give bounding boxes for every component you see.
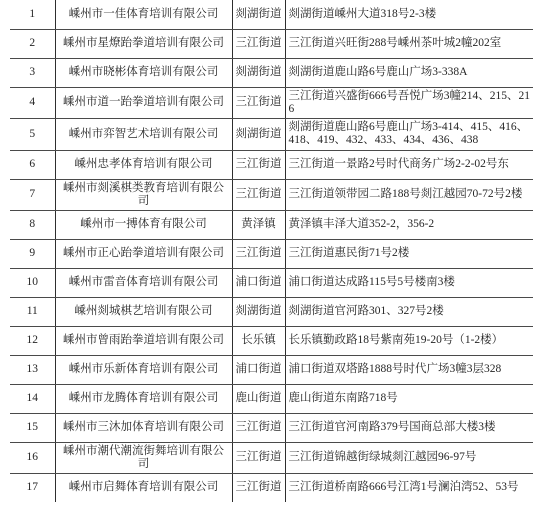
street-town-cell: 三江街道 [232,239,285,268]
row-number-cell: 17 [10,473,55,502]
street-town-cell: 三江街道 [232,473,285,502]
table-row: 5嵊州市弈智艺术培训有限公司剡湖街道剡湖街道鹿山路6号鹿山广场3-414、415… [10,118,533,150]
company-name-cell: 嵊州市潮代潮流街舞培训有限公司 [55,442,232,473]
company-name-cell: 嵊州市弈智艺术培训有限公司 [55,118,232,150]
street-town-cell: 三江街道 [232,413,285,442]
row-number-cell: 12 [10,326,55,355]
table-row: 4嵊州市道一跆拳道培训有限公司三江街道三江街道兴盛街666号吾悦广场3幢214、… [10,87,533,118]
address-cell: 三江街道领带园二路188号剡江越园70-72号2楼 [285,179,533,210]
street-town-cell: 黄泽镇 [232,210,285,239]
street-town-cell: 三江街道 [232,179,285,210]
address-cell: 三江街道桥南路666号江湾1号澜泊湾52、53号 [285,473,533,502]
company-name-cell: 嵊州市星燎跆拳道培训有限公司 [55,29,232,58]
table-row: 12嵊州市曾雨跆拳道培训有限公司长乐镇长乐镇勤政路18号紫南苑19-20号（1-… [10,326,533,355]
address-cell: 三江街道锦越街绿城剡江越园96-97号 [285,442,533,473]
row-number-cell: 7 [10,179,55,210]
row-number-cell: 4 [10,87,55,118]
street-town-cell: 三江街道 [232,29,285,58]
table-row: 17嵊州市启舞体育培训有限公司三江街道三江街道桥南路666号江湾1号澜泊湾52、… [10,473,533,502]
row-number-cell: 14 [10,384,55,413]
company-name-cell: 嵊州市龙腾体育培训有限公司 [55,384,232,413]
table-row: 3嵊州市晓彬体育培训有限公司剡湖街道剡湖街道鹿山路6号鹿山广场3-338A [10,58,533,87]
table-row: 1嵊州市一佳体育培训有限公司剡湖街道剡湖街道嵊州大道318号2-3楼 [10,0,533,29]
street-town-cell: 浦口街道 [232,268,285,297]
table-row: 7嵊州市剡溪棋类教育培训有限公司三江街道三江街道领带园二路188号剡江越园70-… [10,179,533,210]
company-name-cell: 嵊州市剡溪棋类教育培训有限公司 [55,179,232,210]
row-number-cell: 3 [10,58,55,87]
company-name-cell: 嵊州市乐新体育培训有限公司 [55,355,232,384]
company-name-cell: 嵊州市道一跆拳道培训有限公司 [55,87,232,118]
table-row: 10嵊州市雷音体育培训有限公司浦口街道浦口街道达成路115号5号楼南3楼 [10,268,533,297]
street-town-cell: 鹿山街道 [232,384,285,413]
company-name-cell: 嵊州市三沐加体育培训有限公司 [55,413,232,442]
table-row: 6嵊州忠孝体育培训有限公司三江街道三江街道一景路2号时代商务广场2-2-02号东 [10,150,533,179]
training-institutions-table: 1嵊州市一佳体育培训有限公司剡湖街道剡湖街道嵊州大道318号2-3楼2嵊州市星燎… [10,0,533,502]
street-town-cell: 三江街道 [232,442,285,473]
address-cell: 剡湖街道鹿山路6号鹿山广场3-338A [285,58,533,87]
address-cell: 三江街道一景路2号时代商务广场2-2-02号东 [285,150,533,179]
street-town-cell: 剡湖街道 [232,118,285,150]
row-number-cell: 16 [10,442,55,473]
company-name-cell: 嵊州市晓彬体育培训有限公司 [55,58,232,87]
table-row: 9嵊州市正心跆拳道培训有限公司三江街道三江街道惠民街71号2楼 [10,239,533,268]
street-town-cell: 剡湖街道 [232,297,285,326]
row-number-cell: 13 [10,355,55,384]
street-town-cell: 长乐镇 [232,326,285,355]
address-cell: 剡湖街道嵊州大道318号2-3楼 [285,0,533,29]
address-cell: 黄泽镇丰泽大道352-2，356-2 [285,210,533,239]
table-row: 16嵊州市潮代潮流街舞培训有限公司三江街道三江街道锦越街绿城剡江越园96-97号 [10,442,533,473]
company-name-cell: 嵊州市一佳体育培训有限公司 [55,0,232,29]
address-cell: 浦口街道双塔路1888号时代广场3幢3层328 [285,355,533,384]
row-number-cell: 1 [10,0,55,29]
address-cell: 浦口街道达成路115号5号楼南3楼 [285,268,533,297]
row-number-cell: 8 [10,210,55,239]
address-cell: 剡湖街道官河路301、327号2楼 [285,297,533,326]
company-name-cell: 嵊州市曾雨跆拳道培训有限公司 [55,326,232,355]
address-cell: 鹿山街道东南路718号 [285,384,533,413]
street-town-cell: 剡湖街道 [232,58,285,87]
address-cell: 三江街道兴旺街288号嵊州茶叶城2幢202室 [285,29,533,58]
company-name-cell: 嵊州忠孝体育培训有限公司 [55,150,232,179]
table-row: 8嵊州市一搏体育有限公司黄泽镇黄泽镇丰泽大道352-2，356-2 [10,210,533,239]
row-number-cell: 9 [10,239,55,268]
company-name-cell: 嵊州市正心跆拳道培训有限公司 [55,239,232,268]
row-number-cell: 11 [10,297,55,326]
street-town-cell: 浦口街道 [232,355,285,384]
row-number-cell: 2 [10,29,55,58]
company-name-cell: 嵊州市雷音体育培训有限公司 [55,268,232,297]
company-name-cell: 嵊州剡城棋艺培训有限公司 [55,297,232,326]
company-name-cell: 嵊州市一搏体育有限公司 [55,210,232,239]
table-row: 14嵊州市龙腾体育培训有限公司鹿山街道鹿山街道东南路718号 [10,384,533,413]
address-cell: 长乐镇勤政路18号紫南苑19-20号（1-2楼） [285,326,533,355]
table-body: 1嵊州市一佳体育培训有限公司剡湖街道剡湖街道嵊州大道318号2-3楼2嵊州市星燎… [10,0,533,502]
row-number-cell: 5 [10,118,55,150]
row-number-cell: 6 [10,150,55,179]
address-cell: 剡湖街道鹿山路6号鹿山广场3-414、415、416、418、419、432、4… [285,118,533,150]
address-cell: 三江街道官河南路379号国商总部大楼3楼 [285,413,533,442]
street-town-cell: 剡湖街道 [232,0,285,29]
address-cell: 三江街道兴盛街666号吾悦广场3幢214、215、216 [285,87,533,118]
street-town-cell: 三江街道 [232,87,285,118]
table-row: 2嵊州市星燎跆拳道培训有限公司三江街道三江街道兴旺街288号嵊州茶叶城2幢202… [10,29,533,58]
document-page: 1嵊州市一佳体育培训有限公司剡湖街道剡湖街道嵊州大道318号2-3楼2嵊州市星燎… [0,0,542,507]
address-cell: 三江街道惠民街71号2楼 [285,239,533,268]
row-number-cell: 10 [10,268,55,297]
row-number-cell: 15 [10,413,55,442]
street-town-cell: 三江街道 [232,150,285,179]
table-row: 15嵊州市三沐加体育培训有限公司三江街道三江街道官河南路379号国商总部大楼3楼 [10,413,533,442]
company-name-cell: 嵊州市启舞体育培训有限公司 [55,473,232,502]
table-row: 13嵊州市乐新体育培训有限公司浦口街道浦口街道双塔路1888号时代广场3幢3层3… [10,355,533,384]
table-row: 11嵊州剡城棋艺培训有限公司剡湖街道剡湖街道官河路301、327号2楼 [10,297,533,326]
